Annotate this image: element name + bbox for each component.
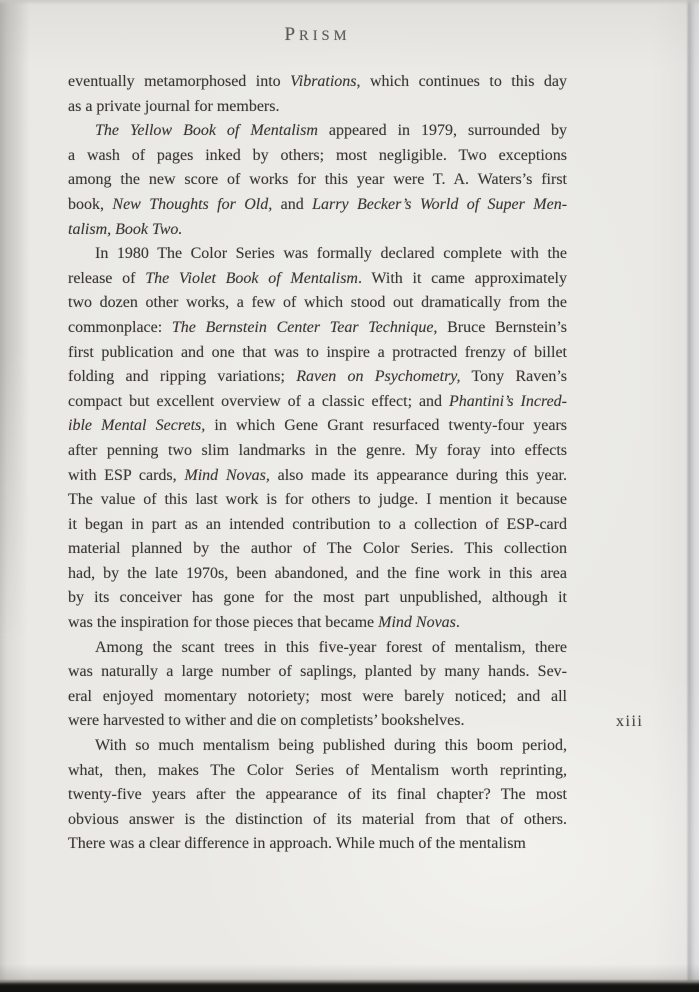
page-number: xiii [616, 710, 643, 735]
text-line: eventually metamorphosed into Vibrations… [68, 70, 567, 95]
text-line: release of The Violet Book of Mentalism.… [68, 267, 567, 292]
text-line: what, then, makes The Color Series of Me… [68, 759, 567, 784]
text-line: first publication and one that was to in… [68, 341, 567, 366]
text-line: were harvested to wither and die on comp… [68, 709, 567, 734]
running-head-rest: RISM [299, 28, 350, 44]
text-line: had, by the late 1970s, been abandoned, … [68, 562, 567, 587]
text-line: with ESP cards, Mind Novas, also made it… [68, 464, 567, 489]
text-line: by its conceiver has gone for the most p… [68, 586, 567, 611]
text-line: twenty-five years after the appearance o… [68, 783, 567, 808]
text-line: as a private journal for members. [68, 95, 567, 120]
paragraph: eventually metamorphosed into Vibrations… [68, 70, 567, 119]
text-line: after penning two slim landmarks in the … [68, 439, 567, 464]
text-line: ible Mental Secrets, in which Gene Grant… [68, 414, 567, 439]
page-top-edge [0, 0, 699, 5]
text-line: book, New Thoughts for Old, and Larry Be… [68, 193, 567, 218]
running-head: PRISM [68, 24, 567, 46]
text-line: eral enjoyed momentary notoriety; most w… [68, 685, 567, 710]
text-line: was the inspiration for those pieces tha… [68, 611, 567, 636]
text-line: among the new score of works for this ye… [68, 168, 567, 193]
running-head-lead: P [284, 24, 299, 45]
text-line: a wash of pages inked by others; most ne… [68, 144, 567, 169]
body-text: eventually metamorphosed into Vibrations… [68, 70, 567, 857]
text-line: The Yellow Book of Mentalism appeared in… [68, 119, 567, 144]
paragraph: In 1980 The Color Series was formally de… [68, 242, 567, 636]
text-line: folding and ripping variations; Raven on… [68, 365, 567, 390]
scanned-book-page: PRISM eventually metamorphosed into Vibr… [0, 0, 699, 992]
text-line: commonplace: The Bernstein Center Tear T… [68, 316, 567, 341]
gutter-shadow [0, 0, 30, 640]
text-line: two dozen other works, a few of which st… [68, 291, 567, 316]
text-line: compact but excellent overview of a clas… [68, 390, 567, 415]
text-line: talism, Book Two. [68, 218, 567, 243]
text-line: obvious answer is the distinction of its… [68, 808, 567, 833]
text-line: There was a clear difference in approach… [68, 832, 567, 857]
paragraph: The Yellow Book of Mentalism appeared in… [68, 119, 567, 242]
text-line: With so much mentalism being published d… [68, 734, 567, 759]
text-line: In 1980 The Color Series was formally de… [68, 242, 567, 267]
text-line: Among the scant trees in this five-year … [68, 636, 567, 661]
text-line: The value of this last work is for other… [68, 488, 567, 513]
page-bottom-edge [0, 964, 699, 992]
text-line: it began in part as an intended contribu… [68, 513, 567, 538]
paragraph: Among the scant trees in this five-year … [68, 636, 567, 734]
text-line: was naturally a large number of saplings… [68, 660, 567, 685]
paragraph: With so much mentalism being published d… [68, 734, 567, 857]
text-line: material planned by the author of The Co… [68, 537, 567, 562]
